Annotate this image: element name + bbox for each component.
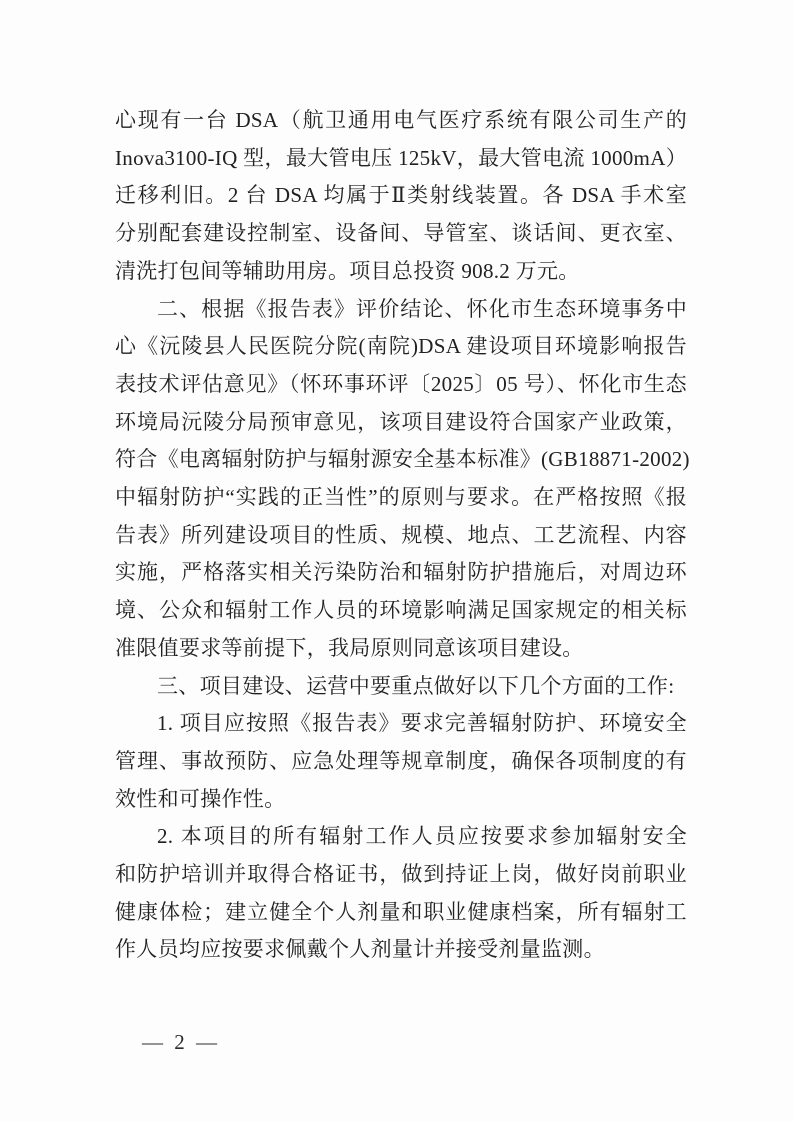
text-line: 管理、事故预防、应急处理等规章制度，确保各项制度的有 <box>115 743 687 781</box>
paragraph: 2. 本项目的所有辐射工作人员应按要求参加辐射安全和防护培训并取得合格证书，做到… <box>115 818 687 969</box>
document-body: 心现有一台 DSA（航卫通用电气医疗系统有限公司生产的Inova3100-IQ … <box>115 102 687 969</box>
paragraph: 心现有一台 DSA（航卫通用电气医疗系统有限公司生产的Inova3100-IQ … <box>115 102 687 291</box>
text-line: 中辐射防护“实践的正当性”的原则与要求。在严格按照《报 <box>115 479 687 517</box>
paragraph: 1. 项目应按照《报告表》要求完善辐射防护、环境安全管理、事故预防、应急处理等规… <box>115 705 687 818</box>
text-line: 表技术评估意见》（怀环事环评〔2025〕05 号）、怀化市生态 <box>115 366 687 404</box>
text-line: Inova3100-IQ 型，最大管电压 125kV，最大管电流 1000mA） <box>115 140 687 178</box>
page-number: — 2 — <box>142 1030 220 1055</box>
paragraph: 三、项目建设、运营中要重点做好以下几个方面的工作: <box>115 668 687 706</box>
text-line: 迁移利旧。2 台 DSA 均属于Ⅱ类射线装置。各 DSA 手术室 <box>115 177 687 215</box>
text-line: 和防护培训并取得合格证书，做到持证上岗，做好岗前职业 <box>115 856 687 894</box>
text-line: 心现有一台 DSA（航卫通用电气医疗系统有限公司生产的 <box>115 102 687 140</box>
text-line: 符合《电离辐射防护与辐射源安全基本标准》(GB18871-2002) <box>115 441 687 479</box>
text-line: 环境局沅陵分局预审意见，该项目建设符合国家产业政策， <box>115 404 687 442</box>
document-page: 心现有一台 DSA（航卫通用电气医疗系统有限公司生产的Inova3100-IQ … <box>0 0 793 1122</box>
text-line: 效性和可操作性。 <box>115 781 687 819</box>
text-line: 准限值要求等前提下，我局原则同意该项目建设。 <box>115 630 687 668</box>
text-line: 1. 项目应按照《报告表》要求完善辐射防护、环境安全 <box>115 705 687 743</box>
text-line: 健康体检；建立健全个人剂量和职业健康档案，所有辐射工 <box>115 894 687 932</box>
text-line: 2. 本项目的所有辐射工作人员应按要求参加辐射安全 <box>115 818 687 856</box>
text-line: 三、项目建设、运营中要重点做好以下几个方面的工作: <box>115 668 687 706</box>
text-line: 境、公众和辐射工作人员的环境影响满足国家规定的相关标 <box>115 592 687 630</box>
text-line: 二、根据《报告表》评价结论、怀化市生态环境事务中 <box>115 291 687 329</box>
text-line: 实施，严格落实相关污染防治和辐射防护措施后，对周边环 <box>115 554 687 592</box>
text-line: 清洗打包间等辅助用房。项目总投资 908.2 万元。 <box>115 253 687 291</box>
text-line: 分别配套建设控制室、设备间、导管室、谈话间、更衣室、 <box>115 215 687 253</box>
paragraph: 二、根据《报告表》评价结论、怀化市生态环境事务中心《沅陵县人民医院分院(南院)D… <box>115 291 687 668</box>
text-line: 心《沅陵县人民医院分院(南院)DSA 建设项目环境影响报告 <box>115 328 687 366</box>
text-line: 作人员均应按要求佩戴个人剂量计并接受剂量监测。 <box>115 931 687 969</box>
text-line: 告表》所列建设项目的性质、规模、地点、工艺流程、内容 <box>115 517 687 555</box>
